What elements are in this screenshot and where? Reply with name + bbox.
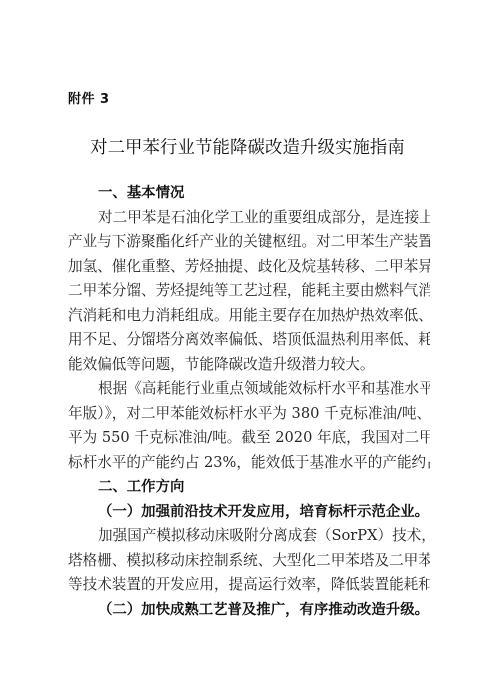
text-line: 能效偏低等问题，节能降碳改造升级潜力较大。	[68, 353, 430, 378]
text-line: 等技术装置的开发应用，提高运行效率，降低装置能耗和排放。	[68, 573, 430, 598]
text-line: 平为 550 千克标准油/吨。截至 2020 年底，我国对二甲苯能效优于	[68, 426, 430, 451]
text-line: 加强国产模拟移动床吸附分离成套（SorPX）技术，以及吸附	[68, 524, 430, 549]
attachment-label: 附件 3	[68, 88, 110, 107]
subsection-heading-mature-process: （二）加快成熟工艺普及推广，有序推动改造升级。	[68, 598, 430, 623]
subsection-heading-frontier-tech: （一）加强前沿技术开发应用，培育标杆示范企业。	[68, 500, 430, 525]
text-line: 加氢、催化重整、芳烃抽提、歧化及烷基转移、二甲苯异构化、	[68, 255, 430, 280]
text-line: 用不足、分馏塔分离效率偏低、塔顶低温热利用率低、耗电设备	[68, 328, 430, 353]
paragraph-benchmark-levels: 根据《高耗能行业重点领域能效标杆水平和基准水平（2021 年版）》，对二甲苯能效…	[68, 377, 430, 475]
text-line: 塔格栅、模拟移动床控制系统、大型化二甲苯塔及二甲苯重沸炉	[68, 549, 430, 574]
paragraph-frontier-tech: 加强国产模拟移动床吸附分离成套（SorPX）技术，以及吸附 塔格栅、模拟移动床控…	[68, 524, 430, 598]
text-line: 标杆水平的产能约占 23%，能效低于基准水平的产能约占 18%。	[68, 451, 430, 476]
section-heading-basic-situation: 一、基本情况	[68, 181, 430, 206]
text-line: 汽消耗和电力消耗组成。用能主要存在加热炉热效率低、余热利	[68, 304, 430, 329]
section-heading-work-direction: 二、工作方向	[68, 475, 430, 500]
text-line: 二甲苯分馏、芳烃提纯等工艺过程，能耗主要由燃料气消耗、蒸	[68, 279, 430, 304]
text-line: 产业与下游聚酯化纤产业的关键枢纽。对二甲苯生产装置包括预	[68, 230, 430, 255]
text-line: 年版）》，对二甲苯能效标杆水平为 380 千克标准油/吨、基准水	[68, 402, 430, 427]
document-body: 一、基本情况 对二甲苯是石油化学工业的重要组成部分，是连接上游石化 产业与下游聚…	[68, 181, 430, 622]
document-page: 附件 3 对二甲苯行业节能降碳改造升级实施指南 一、基本情况 对二甲苯是石油化学…	[0, 0, 495, 700]
text-line: 根据《高耗能行业重点领域能效标杆水平和基准水平（2021	[68, 377, 430, 402]
document-title: 对二甲苯行业节能降碳改造升级实施指南	[0, 133, 495, 158]
text-line: 对二甲苯是石油化学工业的重要组成部分，是连接上游石化	[68, 206, 430, 231]
paragraph-overview: 对二甲苯是石油化学工业的重要组成部分，是连接上游石化 产业与下游聚酯化纤产业的关…	[68, 206, 430, 378]
